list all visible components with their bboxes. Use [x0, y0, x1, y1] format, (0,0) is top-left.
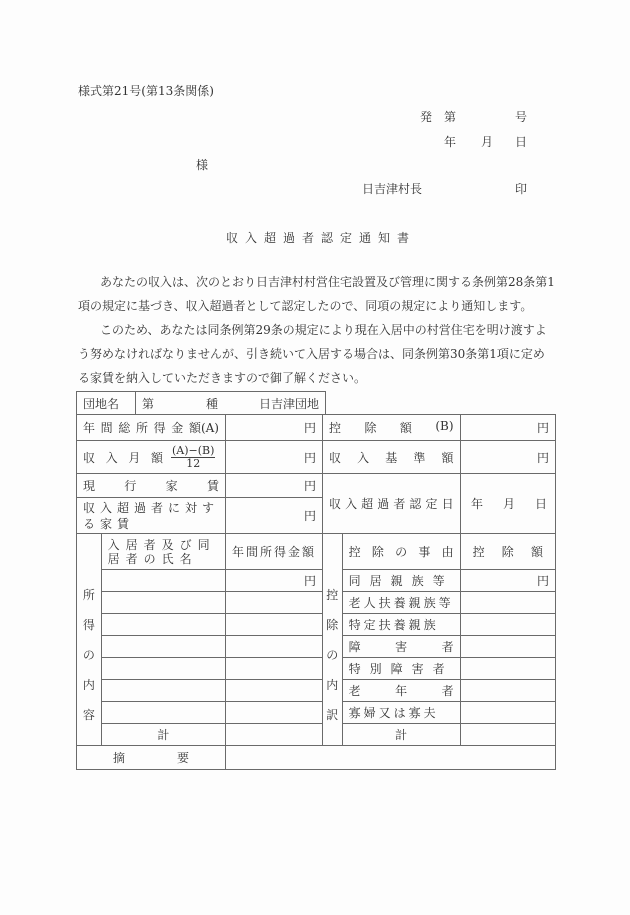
resident-income-4[interactable] [226, 636, 323, 658]
resident-income-header: 年間所得金額 [226, 534, 323, 570]
resident-income-2[interactable] [226, 592, 323, 614]
resident-name-2[interactable] [101, 592, 225, 614]
danchi-label: 団地名 [83, 395, 129, 412]
deduction-amount-7[interactable] [460, 702, 555, 724]
danchi-table: 団地名 第 種 日吉津団地 [76, 391, 326, 415]
resident-name-3[interactable] [101, 614, 225, 636]
danchi-name: 日吉津団地 [259, 395, 319, 412]
deduction-reason-2: 老人扶養親族等 [342, 592, 460, 614]
resident-income-3[interactable] [226, 614, 323, 636]
resident-name-4[interactable] [101, 636, 225, 658]
remarks-label-cell: 摘要摘要 [77, 746, 226, 770]
resident-names-header: 入居者及び同居者の氏名 [101, 534, 225, 570]
danchi-shu: 種 [206, 395, 218, 412]
issuer-name: 日吉津村長 [362, 180, 422, 197]
income-table: 年間総所得金年間総所得金額(A)額(A) 円 控除額(B) 円 収入月額 (A)… [76, 414, 556, 770]
excess-rent-label: 収入超過者に対する家賃 [77, 498, 226, 534]
deduction-amount-6[interactable] [460, 680, 555, 702]
resident-name-1[interactable] [101, 570, 225, 592]
deduction-reason-4: 障害者 [342, 636, 460, 658]
resident-name-7[interactable] [101, 702, 225, 724]
deduction-reason-1: 同居親族等 [342, 570, 460, 592]
cert-date-value[interactable]: 年 月 日 [460, 474, 555, 534]
deduction-reason-3: 特定扶養親族 [342, 614, 460, 636]
income-standard-label-cell: 収入基準額 [323, 441, 461, 474]
deduction-amount-1[interactable]: 円 [460, 570, 555, 592]
deduction-amount-5[interactable] [460, 658, 555, 680]
monthly-income-value[interactable]: 円 [226, 441, 323, 474]
document-title: 収入超過者認定通知書 [226, 229, 416, 246]
deduction-section-label: 控 除 の 内 訳 [323, 534, 343, 746]
deduction-reason-header: 控除の事由 [342, 534, 460, 570]
issue-prefix: 発 [420, 108, 432, 125]
deduction-reason-5: 特別障害者 [342, 658, 460, 680]
resident-income-7[interactable] [226, 702, 323, 724]
issue-go: 号 [515, 108, 527, 125]
income-standard-value[interactable]: 円 [460, 441, 555, 474]
resident-name-5[interactable] [101, 658, 225, 680]
deduction-value[interactable]: 円 [460, 415, 555, 441]
income-section-label: 所 得 の 内 容 [77, 534, 102, 746]
deduction-reason-7: 寡婦又は寡夫 [342, 702, 460, 724]
danchi-label-cell: 団地名 [77, 392, 136, 415]
annual-income-label: 年間総所得金年間総所得金額(A)額(A) [83, 419, 219, 436]
form-number: 様式第21号(第13条関係) [78, 82, 214, 99]
excess-rent-value[interactable]: 円 [226, 498, 323, 534]
resident-income-5[interactable] [226, 658, 323, 680]
body-text: あなたの収入は、次のとおり日吉津村村営住宅設置及び管理に関する条例第28条第1項… [78, 270, 556, 390]
annual-income-value[interactable]: 円 [226, 415, 323, 441]
deduction-amount-2[interactable] [460, 592, 555, 614]
current-rent-label-cell: 現行家賃 [77, 474, 226, 498]
danchi-value-cell[interactable]: 第 種 日吉津団地 [136, 392, 326, 415]
addressee-suffix: 様 [196, 156, 208, 173]
cert-date-label-cell: 収入超過者認定日 [323, 474, 461, 534]
annual-income-label-cell: 年間総所得金年間総所得金額(A)額(A) [77, 415, 226, 441]
paragraph-1: あなたの収入は、次のとおり日吉津村村営住宅設置及び管理に関する条例第28条第1項… [78, 270, 556, 318]
remarks-value[interactable] [226, 746, 556, 770]
paragraph-2: このため、あなたは同条例第29条の規定により現在入居中の村営住宅を明け渡すよう努… [78, 318, 556, 390]
seal-mark: 印 [515, 180, 527, 197]
deduction-label-cell: 控除額(B) [323, 415, 461, 441]
danchi-dai: 第 [142, 395, 154, 412]
deduction-total-value[interactable] [460, 724, 555, 746]
deduction-total-label: 計 [342, 724, 460, 746]
deduction-amount-4[interactable] [460, 636, 555, 658]
issue-dai: 第 [444, 108, 456, 125]
date-year: 年 [444, 133, 456, 150]
deduction-amount-header: 控除額 [460, 534, 555, 570]
current-rent-value[interactable]: 円 [226, 474, 323, 498]
resident-name-6[interactable] [101, 680, 225, 702]
resident-income-6[interactable] [226, 680, 323, 702]
resident-income-1[interactable]: 円 [226, 570, 323, 592]
income-total-label: 計 [101, 724, 225, 746]
monthly-income-label-cell: 収入月額 (A)−(B) 12 [77, 441, 226, 474]
deduction-amount-3[interactable] [460, 614, 555, 636]
monthly-income-formula: (A)−(B) 12 [171, 445, 215, 470]
date-month: 月 [481, 133, 493, 150]
deduction-mark: (B) [435, 419, 453, 436]
date-day: 日 [515, 133, 527, 150]
deduction-reason-6: 老年者 [342, 680, 460, 702]
income-total-value[interactable] [226, 724, 323, 746]
